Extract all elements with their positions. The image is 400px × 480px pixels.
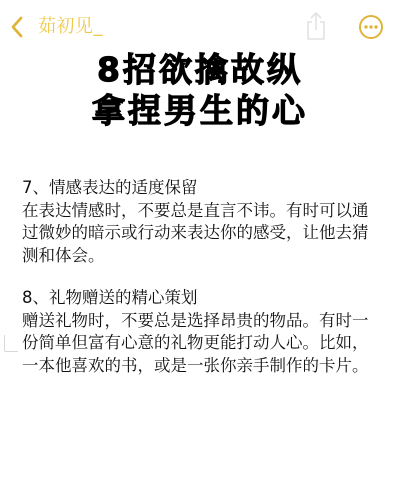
more-ellipsis-icon [358, 14, 384, 40]
section-body-line: 在表达情感时，不要总是直言不讳。有时可以通 [22, 200, 384, 223]
note-section-7: 7、情感表达的适度保留 在表达情感时，不要总是直言不讳。有时可以通 过微妙的暗示… [22, 177, 384, 267]
back-title[interactable]: 茹初见_ [38, 14, 103, 40]
note-section-8: 8、礼物赠送的精心策划 赠送礼物时，不要总是选择昂贵的物品。有时一 份简单但富有… [22, 287, 384, 377]
navigation-bar: 茹初见_ [0, 0, 400, 52]
share-icon [305, 11, 327, 41]
section-heading: 7、情感表达的适度保留 [22, 177, 384, 200]
text-selection-handle[interactable] [4, 335, 18, 352]
section-body-line: 一本他喜欢的书，或是一张你亲手制作的卡片。 [22, 355, 384, 378]
section-body-line: 赠送礼物时，不要总是选择昂贵的物品。有时一 [22, 310, 384, 333]
section-body-line: 份简单但富有心意的礼物更能打动人心。比如， [22, 332, 384, 355]
note-headline-line-1: 8招欲擒故纵 [0, 50, 400, 90]
more-button[interactable] [358, 14, 384, 40]
section-body-line: 测和体会。 [22, 245, 384, 268]
section-heading: 8、礼物赠送的精心策划 [22, 287, 384, 310]
back-button[interactable] [6, 14, 28, 40]
share-button[interactable] [303, 10, 329, 42]
chevron-left-icon [10, 16, 24, 38]
note-headline-line-2: 拿捏男生的心 [0, 91, 400, 131]
section-body-line: 过微妙的暗示或行动来表达你的感受，让他去猜 [22, 222, 384, 245]
